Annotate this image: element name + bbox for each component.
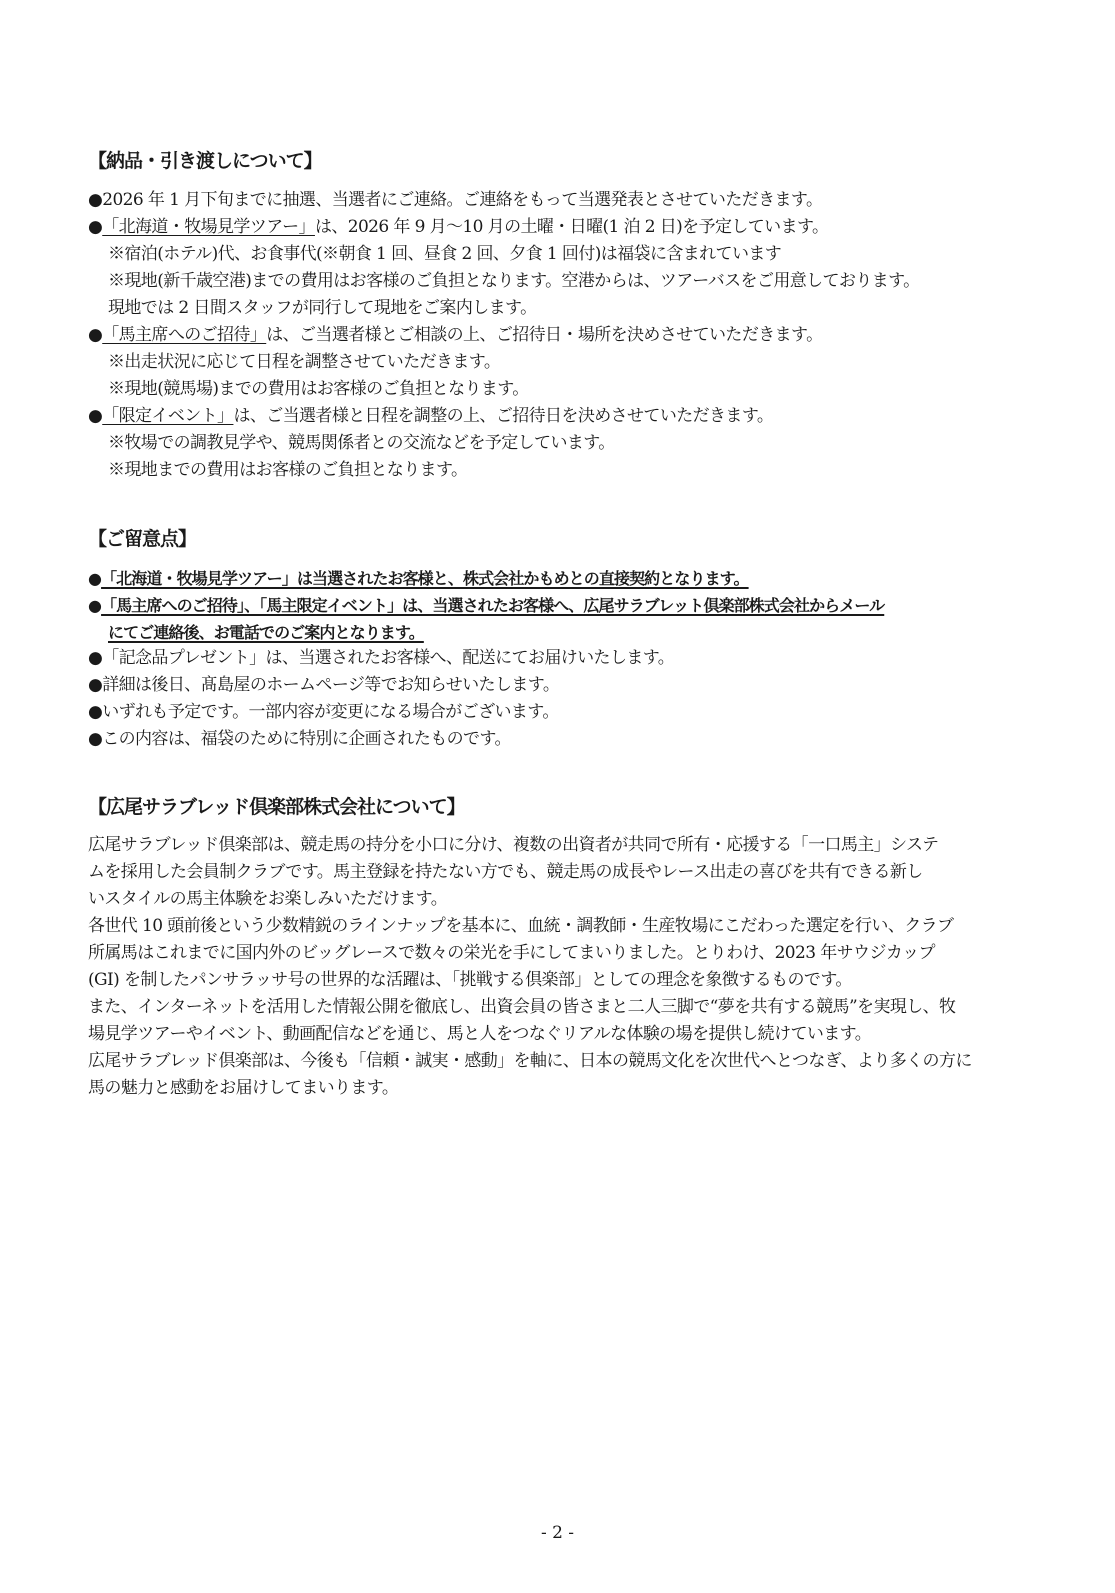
list-item: ●詳細は後日、髙島屋のホームページ等でお知らせいたします。 [88,672,559,699]
list-item: ●「馬主席へのご招待」は、ご当選者様とご相談の上、ご招待日・場所を決めさせていた… [88,322,822,349]
important-note: ●「馬主席へのご招待」、「馬主限定イベント」は、当選されたお客様へ、広尾サラブレ… [88,592,884,619]
note-line: 現地では 2 日間スタッフが同行して現地をご案内します。 [108,295,536,322]
bullet-icon: ● [88,702,102,722]
bullet-icon: ● [88,569,101,588]
bullet-icon: ● [88,325,102,345]
important-note: ●「北海道・牧場見学ツアー」は当選されたお客様と、株式会社かもめとの直接契約とな… [88,565,749,592]
underlined-item-name: 「限定イベント」 [102,406,233,426]
note-line: ※牧場での調教見学や、競馬関係者との交流などを予定しています。 [108,430,615,457]
company-text-line: 所属馬はこれまでに国内外のビッグレースで数々の栄光を手にしてまいりました。とりわ… [88,940,935,967]
section-heading-delivery: 【納品・引き渡しについて】 [88,146,322,173]
bullet-icon: ● [88,406,102,426]
section-heading-company: 【広尾サラブレッド倶楽部株式会社について】 [88,792,465,819]
section-heading-notes: 【ご留意点】 [88,524,196,551]
important-note-continuation: にてご連絡後、お電話でのご案内となります。 [108,619,424,646]
underlined-item-name: 「馬主席へのご招待」 [102,325,266,345]
note-line: ※宿泊(ホテル)代、お食事代(※朝食 1 回、昼食 2 回、夕食 1 回付)は福… [108,241,781,268]
bullet-icon: ● [88,217,102,237]
list-item: ●2026 年 1 月下旬までに抽選、当選者にご連絡。ご連絡をもって当選発表とさ… [88,187,822,214]
note-line: ※現地(競馬場)までの費用はお客様のご負担となります。 [108,376,529,403]
bullet-icon: ● [88,596,101,615]
bullet-icon: ● [88,675,102,695]
company-text-line: (GⅠ) を制したパンサラッサ号の世界的な活躍は、「挑戦する倶楽部」としての理念… [88,967,852,994]
bullet-icon: ● [88,729,102,749]
list-item: ●「限定イベント」は、ご当選者様と日程を調整の上、ご招待日を決めさせていただきま… [88,403,773,430]
company-text-line: 広尾サラブレッド倶楽部は、競走馬の持分を小口に分け、複数の出資者が共同で所有・応… [88,832,938,859]
company-text-line: 場見学ツアーやイベント、動画配信などを通じ、馬と人をつなぐリアルな体験の場を提供… [88,1021,871,1048]
company-text-line: 馬の魅力と感動をお届けしてまいります。 [88,1075,398,1102]
note-line: ※現地までの費用はお客様のご負担となります。 [108,457,467,484]
page-number: - 2 - [0,1523,1115,1543]
list-item: ●「記念品プレゼント」は、当選されたお客様へ、配送にてお届けいたします。 [88,645,674,672]
list-item: ●いずれも予定です。一部内容が変更になる場合がございます。 [88,699,559,726]
company-text-line: いスタイルの馬主体験をお楽しみいただけます。 [88,886,447,913]
list-item: ●「北海道・牧場見学ツアー」は、2026 年 9 月〜10 月の土曜・日曜(1 … [88,214,828,241]
bullet-icon: ● [88,648,102,668]
company-text-line: 各世代 10 頭前後という少数精鋭のラインナップを基本に、血統・調教師・生産牧場… [88,913,953,940]
company-text-line: ムを採用した会員制クラブです。馬主登録を持たない方でも、競走馬の成長やレース出走… [88,859,923,886]
note-line: ※現地(新千歳空港)までの費用はお客様のご負担となります。空港からは、ツアーバス… [108,268,920,295]
underlined-item-name: 「北海道・牧場見学ツアー」 [102,217,315,237]
bullet-icon: ● [88,190,102,210]
note-line: ※出走状況に応じて日程を調整させていただきます。 [108,349,500,376]
company-text-line: また、インターネットを活用した情報公開を徹底し、出資会員の皆さまと二人三脚で“夢… [88,994,955,1021]
company-text-line: 広尾サラブレッド倶楽部は、今後も「信頼・誠実・感動」を軸に、日本の競馬文化を次世… [88,1048,972,1075]
list-item: ●この内容は、福袋のために特別に企画されたものです。 [88,726,511,753]
